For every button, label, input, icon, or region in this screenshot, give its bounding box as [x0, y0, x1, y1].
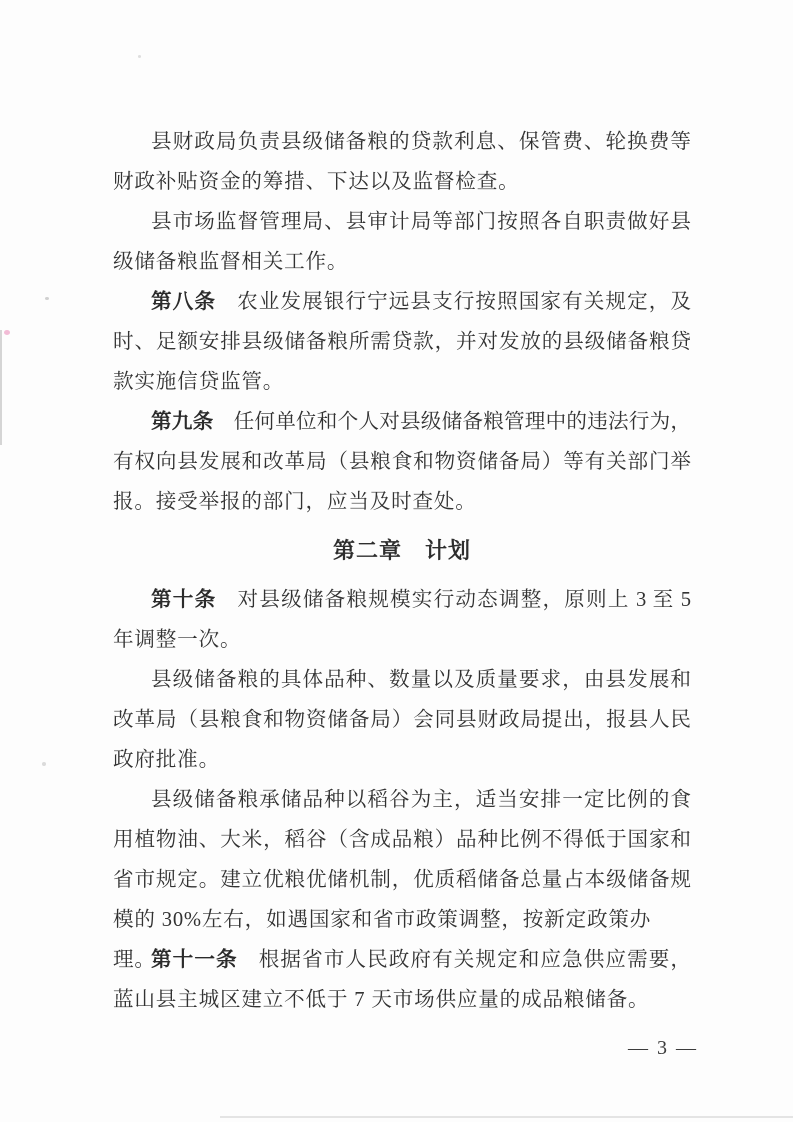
scan-edge-line — [0, 330, 2, 445]
text-line: 第十条对县级储备粮规模实行动态调整，原则上 3 至 5 — [113, 580, 691, 620]
document-body: 县财政局负责县级储备粮的贷款利息、保管费、轮换费等 财政补贴资金的筹措、下达以及… — [113, 122, 691, 1020]
paragraph: 县级储备粮的具体品种、数量以及质量要求，由县发展和 改革局（县粮食和物资储备局）… — [113, 660, 691, 780]
scan-artifact — [138, 55, 141, 58]
text-line: 时、足额安排县级储备粮所需贷款，并对发放的县级储备粮贷 — [113, 322, 691, 362]
text-line: 蓝山县主城区建立不低于 7 天市场供应量的成品粮储备。 — [113, 980, 691, 1020]
article-text: 根据省市人民政府有关规定和应急供应需要， — [258, 949, 691, 971]
text-line: 省市规定。建立优粮优储机制，优质稻储备总量占本级储备规 — [113, 860, 691, 900]
text-line: 年调整一次。 — [113, 620, 691, 660]
text-line: 款实施信贷监管。 — [113, 362, 691, 402]
chapter-heading: 第二章 计划 — [113, 531, 691, 571]
text-line: 用植物油、大米，稻谷（含成品粮）品种比例不得低于国家和 — [113, 820, 691, 860]
text-line: 报。接受举报的部门，应当及时查处。 — [113, 482, 691, 522]
text-line: 模的 30%左右，如遇国家和省市政策调整，按新定政策办理。 — [113, 900, 691, 940]
text-line: 第十一条根据省市人民政府有关规定和应急供应需要， — [113, 940, 691, 980]
scan-edge-line — [220, 1116, 793, 1118]
article-label: 第九条 — [151, 410, 213, 433]
scan-artifact — [4, 330, 10, 335]
text-line: 县财政局负责县级储备粮的贷款利息、保管费、轮换费等 — [113, 122, 691, 162]
scan-artifact — [42, 762, 46, 766]
paragraph: 县市场监督管理局、县审计局等部门按照各自职责做好县 级储备粮监督相关工作。 — [113, 202, 691, 282]
article-paragraph: 第十条对县级储备粮规模实行动态调整，原则上 3 至 5 年调整一次。 — [113, 580, 691, 660]
scan-artifact — [45, 297, 49, 300]
page-number: — 3 — — [628, 1037, 698, 1060]
article-label: 第十条 — [151, 588, 216, 611]
paragraph: 县财政局负责县级储备粮的贷款利息、保管费、轮换费等 财政补贴资金的筹措、下达以及… — [113, 122, 691, 202]
article-paragraph: 第十一条根据省市人民政府有关规定和应急供应需要， 蓝山县主城区建立不低于 7 天… — [113, 940, 691, 1020]
text-line: 政府批准。 — [113, 740, 691, 780]
text-line: 第九条任何单位和个人对县级储备粮管理中的违法行为， — [113, 402, 691, 442]
article-label: 第八条 — [151, 290, 216, 313]
article-paragraph: 第九条任何单位和个人对县级储备粮管理中的违法行为， 有权向县发展和改革局（县粮食… — [113, 402, 691, 522]
paragraph: 县级储备粮承储品种以稻谷为主，适当安排一定比例的食 用植物油、大米，稻谷（含成品… — [113, 780, 691, 940]
text-line: 县级储备粮的具体品种、数量以及质量要求，由县发展和 — [113, 660, 691, 700]
article-paragraph: 第八条农业发展银行宁远县支行按照国家有关规定，及 时、足额安排县级储备粮所需贷款… — [113, 282, 691, 402]
text-line: 有权向县发展和改革局（县粮食和物资储备局）等有关部门举 — [113, 442, 691, 482]
article-text: 任何单位和个人对县级储备粮管理中的违法行为， — [233, 411, 691, 433]
document-page: 县财政局负责县级储备粮的贷款利息、保管费、轮换费等 财政补贴资金的筹措、下达以及… — [0, 0, 793, 1122]
text-line: 县市场监督管理局、县审计局等部门按照各自职责做好县 — [113, 202, 691, 242]
text-line: 级储备粮监督相关工作。 — [113, 242, 691, 282]
article-text: 对县级储备粮规模实行动态调整，原则上 3 至 5 — [236, 589, 691, 611]
article-label: 第十一条 — [151, 948, 238, 971]
article-text: 农业发展银行宁远县支行按照国家有关规定，及 — [236, 291, 691, 313]
text-line: 财政补贴资金的筹措、下达以及监督检查。 — [113, 162, 691, 202]
text-line: 改革局（县粮食和物资储备局）会同县财政局提出，报县人民 — [113, 700, 691, 740]
text-line: 第八条农业发展银行宁远县支行按照国家有关规定，及 — [113, 282, 691, 322]
text-line: 县级储备粮承储品种以稻谷为主，适当安排一定比例的食 — [113, 780, 691, 820]
